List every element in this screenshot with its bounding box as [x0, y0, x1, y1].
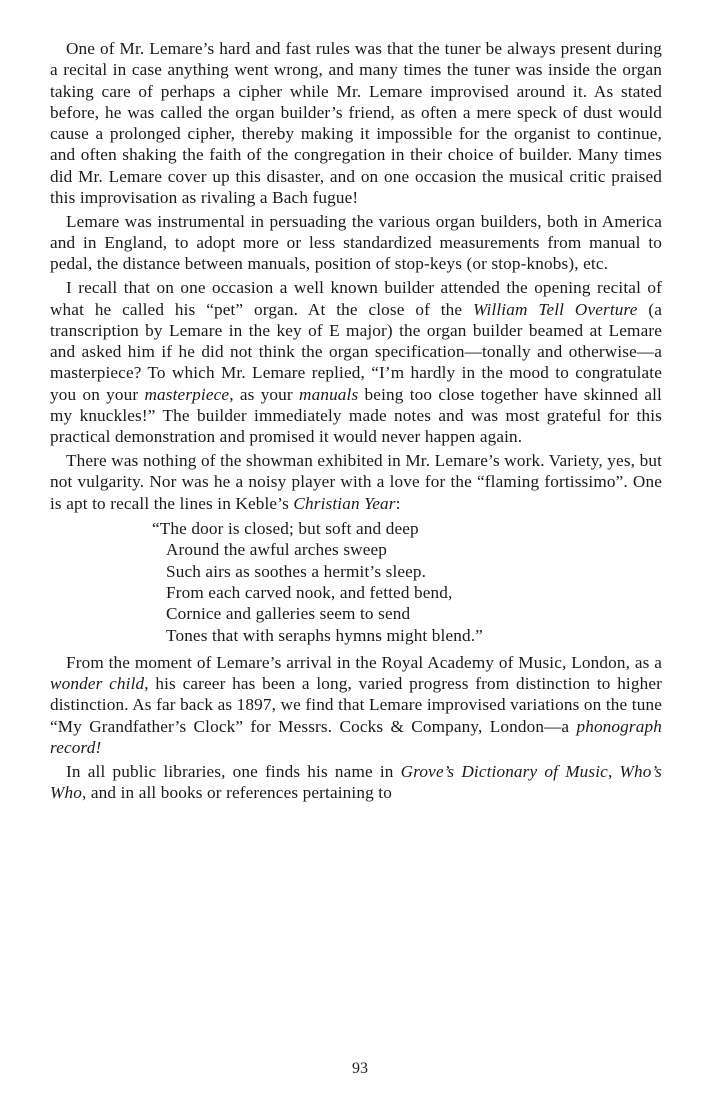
- italic-text: Grove’s Dictionary of Music: [401, 762, 608, 781]
- poem-block: “The door is closed; but soft and deep A…: [152, 518, 662, 646]
- paragraph-tuner-rule: One of Mr. Lemare’s hard and fast rules …: [50, 38, 662, 208]
- paragraph-pet-organ-anecdote: I recall that on one occasion a well kno…: [50, 277, 662, 447]
- poem-line: Tones that with seraphs hymns might blen…: [152, 625, 662, 646]
- italic-text: manuals: [299, 385, 358, 404]
- page-body: One of Mr. Lemare’s hard and fast rules …: [50, 38, 662, 806]
- body-text: ,: [608, 762, 620, 781]
- body-text: In all public libraries, one finds his n…: [66, 762, 401, 781]
- page-number: 93: [0, 1060, 720, 1078]
- italic-text: Christian Year: [293, 494, 395, 513]
- italic-text: wonder child: [50, 674, 144, 693]
- poem-line: “The door is closed; but soft and deep: [152, 518, 662, 539]
- paragraph-standardized-measurements: Lemare was instrumental in persuading th…: [50, 211, 662, 275]
- italic-text: William Tell Overture: [473, 300, 638, 319]
- poem-line: From each carved nook, and fetted bend,: [152, 582, 662, 603]
- body-text: Lemare was instrumental in persuading th…: [50, 212, 662, 274]
- paragraph-public-libraries: In all public libraries, one finds his n…: [50, 761, 662, 804]
- poem-line: Around the awful arches sweep: [152, 539, 662, 560]
- body-text: , and in all books or references pertain…: [82, 783, 392, 802]
- italic-text: masterpiece: [144, 385, 229, 404]
- body-text: From the moment of Lemare’s arrival in t…: [66, 653, 662, 672]
- body-text: :: [396, 494, 401, 513]
- poem-line: Such airs as soothes a hermit’s sleep.: [152, 561, 662, 582]
- paragraph-royal-academy: From the moment of Lemare’s arrival in t…: [50, 652, 662, 758]
- body-text: , as your: [229, 385, 299, 404]
- body-text: One of Mr. Lemare’s hard and fast rules …: [50, 39, 662, 207]
- poem-line: Cornice and galleries seem to send: [152, 603, 662, 624]
- paragraph-showman: There was nothing of the showman exhibit…: [50, 450, 662, 514]
